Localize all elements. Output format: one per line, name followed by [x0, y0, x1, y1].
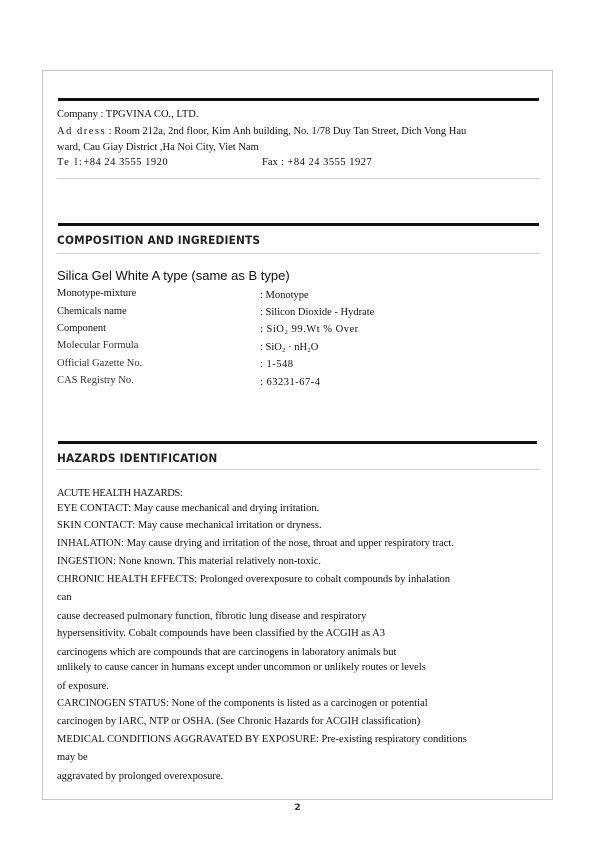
company-address: Ad dress : Room 212a, 2nd floor, Kim Anh… [57, 125, 466, 138]
divider-composition [57, 253, 539, 254]
fax-value: : +84 24 3555 1927 [278, 157, 372, 168]
label-chemicals-name: Chemicals name [57, 306, 127, 317]
company-address-line2: ward, Cau Giay District ,Ha Noi City, Vi… [57, 141, 259, 154]
hazard-line: carcinogens which are compounds that are… [57, 646, 396, 659]
hazard-line: INGESTION: None known. This material rel… [57, 555, 321, 568]
company-fax: Fax : +84 24 3555 1927 [262, 156, 372, 169]
hazard-line: EYE CONTACT: May cause mechanical and dr… [57, 502, 319, 515]
page-number: 2 [0, 803, 595, 813]
hazard-line: may be [57, 751, 88, 764]
section-rule-composition [58, 223, 539, 226]
address-label: Ad dress [57, 126, 106, 137]
value-chemicals-name: : Silicon Dioxide - Hydrate [260, 307, 374, 318]
hazard-line: SKIN CONTACT: May cause mechanical irrit… [57, 519, 322, 532]
value-monotype-mixture: : Monotype [260, 290, 309, 301]
hazard-line: INHALATION: May cause drying and irritat… [57, 537, 454, 550]
tel-label: Te l: [57, 157, 83, 168]
hazard-line: carcinogen by IARC, NTP or OSHA. (See Ch… [57, 715, 420, 728]
hazards-heading: HAZARDS IDENTIFICATION [57, 451, 217, 465]
fax-label: Fax [262, 157, 278, 168]
company-phone: Te l:+84 24 3555 1920 [57, 156, 168, 169]
hazard-line: hypersensitivity. Cobalt compounds have … [57, 627, 385, 640]
divider-company [57, 178, 539, 179]
hazard-line: of exposure. [57, 680, 109, 693]
hazard-line: ACUTE HEALTH HAZARDS: [57, 487, 182, 500]
hazard-line: CHRONIC HEALTH EFFECTS: Prolonged overex… [57, 573, 450, 586]
hazard-line: unlikely to cause cancer in humans excep… [57, 661, 426, 674]
hazard-line: aggravated by prolonged overexposure. [57, 770, 223, 783]
composition-heading: COMPOSITION AND INGREDIENTS [57, 233, 260, 247]
value-component: : SiO₂ 99.Wt % Over [260, 324, 359, 335]
hazard-line: can [57, 591, 72, 604]
hazard-line: MEDICAL CONDITIONS AGGRAVATED BY EXPOSUR… [57, 733, 467, 746]
label-cas-registry: CAS Registry No. [57, 375, 134, 386]
value-official-gazette: : 1-548 [260, 359, 294, 370]
section-rule-hazards [58, 441, 537, 444]
label-monotype-mixture: Monotype-mixture [57, 288, 136, 299]
divider-hazards [57, 469, 539, 470]
product-title: Silica Gel White A type (same as B type) [57, 268, 290, 283]
value-cas-registry: : 63231-67-4 [260, 377, 321, 388]
company-name: Company : TPGVINA CO., LTD. [57, 108, 198, 121]
label-component: Component [57, 323, 106, 334]
tel-value: +84 24 3555 1920 [83, 157, 168, 168]
address-line1: : Room 212a, 2nd floor, Kim Anh building… [106, 126, 466, 137]
page-frame [42, 70, 553, 800]
section-rule-company [58, 98, 539, 101]
hazard-line: cause decreased pulmonary function, fibr… [57, 610, 366, 623]
label-official-gazette: Official Gazette No. [57, 358, 142, 369]
value-molecular-formula: : SiO₂ · nH₂O [260, 342, 318, 353]
hazard-line: CARCINOGEN STATUS: None of the component… [57, 697, 428, 710]
label-molecular-formula: Molecular Formula [57, 340, 138, 351]
